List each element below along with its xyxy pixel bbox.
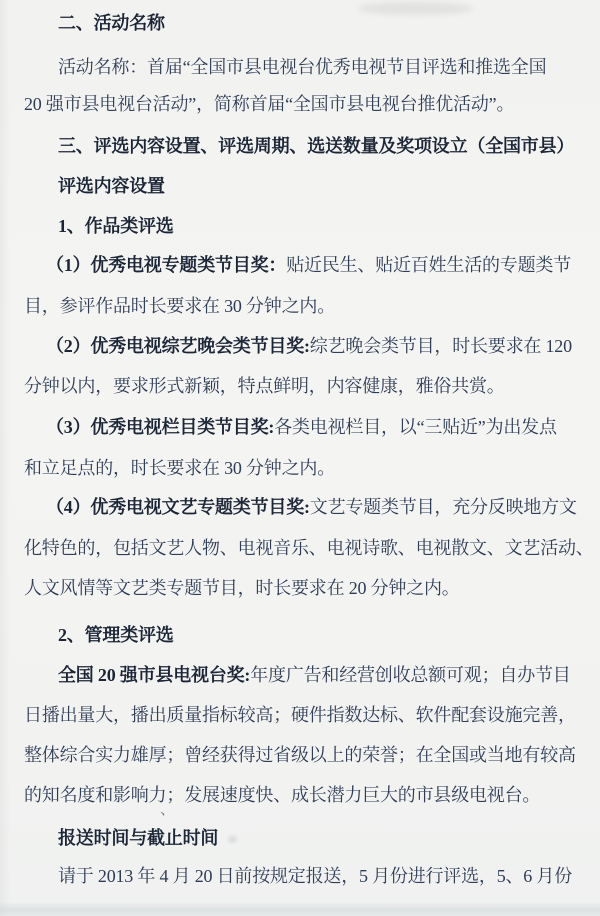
text-line: 分钟以内，要求形式新颖，特点鲜明，内容健康，雅俗共赏。 — [24, 373, 505, 399]
scan-smudge-artifact — [358, 2, 473, 15]
line-text: 文艺专题类节目，充分反映地方文 — [310, 497, 577, 517]
text-line: 20 强市县电视台活动”，简称首届“全国市县电视台推优活动”。 — [24, 91, 514, 117]
item-1-award: （1）优秀电视专题类节目奖：贴近民生、贴近百姓生活的专题类节 — [46, 252, 571, 278]
line-bold-text: 二、活动名称 — [58, 13, 165, 33]
heading-activity-name: 二、活动名称 — [58, 10, 165, 36]
item-2-award: （2）优秀电视综艺晚会类节目奖:综艺晚会类节目，时长要求在 120 — [46, 333, 572, 359]
text-line: 和立足点的，时长要求在 30 分钟之内。 — [24, 455, 335, 481]
text-line: 请于 2013 年 4 月 20 日前按规定报送，5 月份进行评选，5、6 月份 — [58, 863, 572, 889]
line-bold-text: （4）优秀电视文艺专题类节目奖: — [46, 497, 310, 517]
line-text: 和立足点的，时长要求在 30 分钟之内。 — [24, 458, 335, 478]
document-page: 二、活动名称 活动名称：首届“全国市县电视台优秀电视节目评选和推选全国 20 强… — [0, 0, 600, 916]
scan-bottom-band-artifact — [0, 903, 600, 916]
line-text: 目，参评作品时长要求在 30 分钟之内。 — [24, 296, 335, 316]
line-bold-text: 报送时间与截止时间 — [58, 828, 218, 848]
heading-selection-content: 评选内容设置 — [58, 173, 165, 199]
scan-stray-mark-artifact: 、 — [160, 798, 175, 819]
line-bold-text: （1）优秀电视专题类节目奖： — [46, 255, 286, 275]
line-bold-text: （2）优秀电视综艺晚会类节目奖: — [46, 336, 310, 356]
line-text: 年度广告和经营创收总额可观；自办节目 — [250, 665, 570, 685]
line-text: 贴近民生、贴近百姓生活的专题类节 — [286, 255, 571, 275]
line-text: 的知名度和影响力；发展速度快、成长潜力巨大的市县级电视台。 — [24, 785, 540, 805]
line-bold-text: 2、管理类评选 — [58, 625, 174, 645]
scan-edge-shade — [0, 0, 10, 916]
line-text: 20 强市县电视台活动”，简称首届“全国市县电视台推优活动”。 — [24, 94, 514, 114]
heading-selection-setup: 三、评选内容设置、评选周期、选送数量及奖项设立（全国市县） — [58, 133, 574, 159]
line-bold-text: 1、作品类评选 — [58, 216, 174, 236]
line-text: 分钟以内，要求形式新颖，特点鲜明，内容健康，雅俗共赏。 — [24, 376, 505, 396]
text-line: 的知名度和影响力；发展速度快、成长潜力巨大的市县级电视台。 — [24, 782, 540, 808]
line-bold-text: 评选内容设置 — [58, 176, 165, 196]
line-bold-text: 三、评选内容设置、评选周期、选送数量及奖项设立（全国市县） — [58, 136, 574, 156]
item-3-award: （3）优秀电视栏目类节目奖:各类电视栏目，以“三贴近”为出发点 — [46, 414, 557, 440]
heading-works-category: 1、作品类评选 — [58, 213, 174, 239]
top20-award: 全国 20 强市县电视台奖:年度广告和经营创收总额可观；自办节目 — [58, 662, 571, 688]
line-text: 化特色的，包括文艺人物、电视音乐、电视诗歌、电视散文、文艺活动、 — [24, 538, 594, 558]
line-text: 请于 2013 年 4 月 20 日前按规定报送，5 月份进行评选，5、6 月份 — [58, 866, 572, 886]
text-line: 目，参评作品时长要求在 30 分钟之内。 — [24, 293, 335, 319]
line-text: 各类电视栏目，以“三贴近”为出发点 — [274, 417, 557, 437]
item-4-award: （4）优秀电视文艺专题类节目奖:文艺专题类节目，充分反映地方文 — [46, 494, 577, 520]
text-line: 活动名称：首届“全国市县电视台优秀电视节目评选和推选全国 — [58, 54, 546, 80]
line-text: 整体综合实力雄厚；曾经获得过省级以上的荣誉；在全国或当地有较高 — [24, 745, 576, 765]
line-text: 综艺晚会类节目，时长要求在 120 — [310, 336, 572, 356]
line-text: 日播出量大，播出质量指标较高；硬件指数达标、软件配套设施完善， — [24, 705, 576, 725]
heading-submission-time: 报送时间与截止时间 — [58, 825, 218, 851]
line-text: 人文风情等文艺类专题节目，时长要求在 20 分钟之内。 — [24, 578, 460, 598]
text-line: 人文风情等文艺类专题节目，时长要求在 20 分钟之内。 — [24, 575, 460, 601]
text-line: 整体综合实力雄厚；曾经获得过省级以上的荣誉；在全国或当地有较高 — [24, 742, 576, 768]
text-line: 化特色的，包括文艺人物、电视音乐、电视诗歌、电视散文、文艺活动、 — [24, 535, 594, 561]
line-bold-text: （3）优秀电视栏目类节目奖: — [46, 417, 274, 437]
text-line: 日播出量大，播出质量指标较高；硬件指数达标、软件配套设施完善， — [24, 702, 576, 728]
line-text: 活动名称：首届“全国市县电视台优秀电视节目评选和推选全国 — [58, 57, 546, 77]
scan-dot-artifact — [228, 836, 237, 843]
line-bold-text: 全国 20 强市县电视台奖: — [58, 665, 250, 685]
heading-management-category: 2、管理类评选 — [58, 622, 174, 648]
